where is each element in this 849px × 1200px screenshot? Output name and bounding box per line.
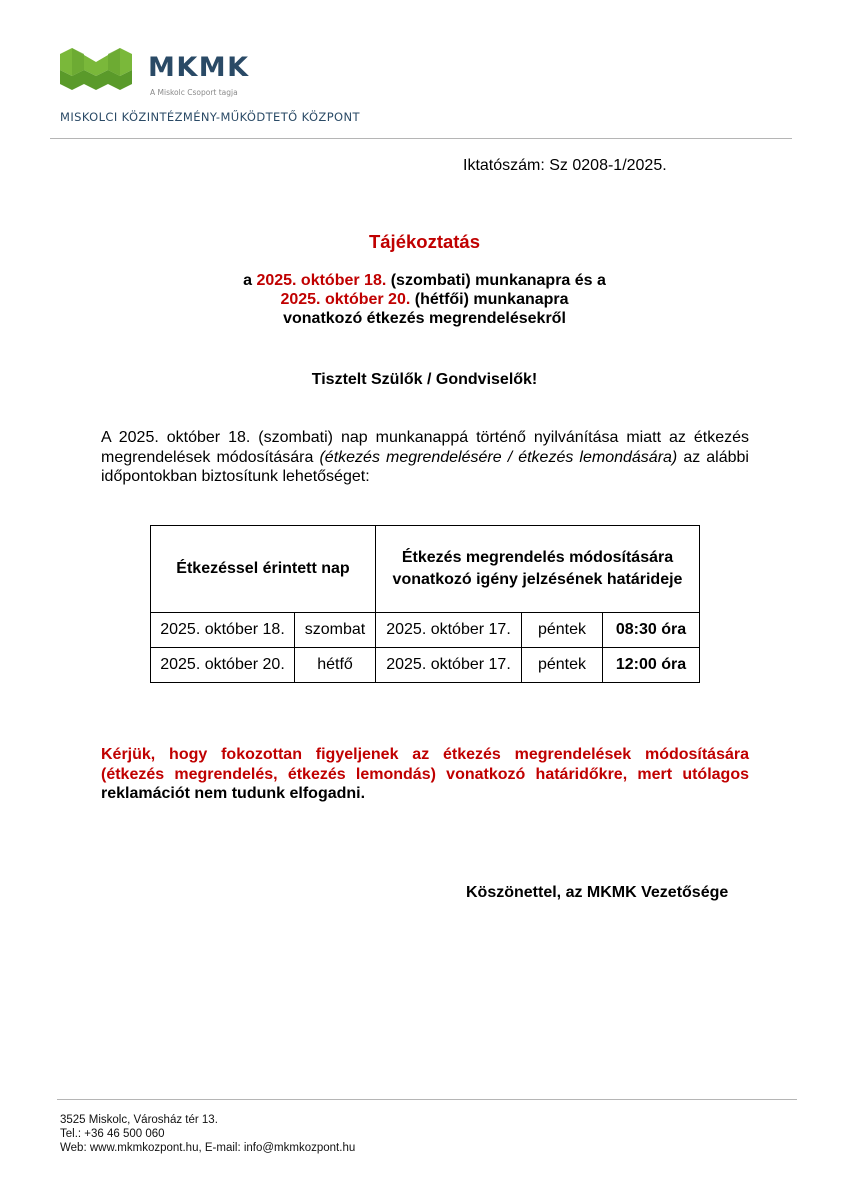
intro-paragraph: A 2025. október 18. (szombati) nap munka… — [101, 428, 749, 487]
footer-address: 3525 Miskolc, Városház tér 13. — [60, 1113, 355, 1127]
highlighted-date: 2025. október 18. — [256, 272, 386, 289]
footer-web-email: Web: www.mkmkozpont.hu, E-mail: info@mkm… — [60, 1141, 355, 1155]
footer-phone: Tel.: +36 46 500 060 — [60, 1127, 355, 1141]
table-header-affected-day: Étkezéssel érintett nap — [151, 526, 376, 613]
salutation: Tisztelt Szülők / Gondviselők! — [0, 371, 849, 389]
mkmk-logo-icon — [60, 48, 132, 90]
footer: 3525 Miskolc, Városház tér 13. Tel.: +36… — [60, 1113, 355, 1155]
highlighted-date: 2025. október 20. — [280, 291, 410, 308]
table-header-row: Étkezéssel érintett nap Étkezés megrende… — [151, 526, 700, 613]
header-divider — [50, 138, 792, 139]
deadline-table: Étkezéssel érintett nap Étkezés megrende… — [150, 525, 700, 683]
document-subtitle: a 2025. október 18. (szombati) munkanapr… — [0, 271, 849, 328]
notice-paragraph: Kérjük, hogy fokozottan figyeljenek az é… — [101, 745, 749, 804]
organization-name: MISKOLCI KÖZINTÉZMÉNY-MŰKÖDTETŐ KÖZPONT — [60, 110, 360, 124]
table-row: 2025. október 18. szombat 2025. október … — [151, 613, 700, 648]
file-number: Iktatószám: Sz 0208-1/2025. — [463, 157, 667, 175]
signature: Köszönettel, az MKMK Vezetősége — [466, 884, 728, 902]
logo-tagline: A Miskolc Csoport tagja — [150, 88, 238, 97]
table-row: 2025. október 20. hétfő 2025. október 17… — [151, 648, 700, 683]
footer-divider — [57, 1099, 797, 1100]
logo-title: MKMK — [148, 52, 250, 83]
table-header-deadline: Étkezés megrendelés módosítására vonatko… — [376, 526, 700, 613]
document-title: Tájékoztatás — [0, 231, 849, 253]
